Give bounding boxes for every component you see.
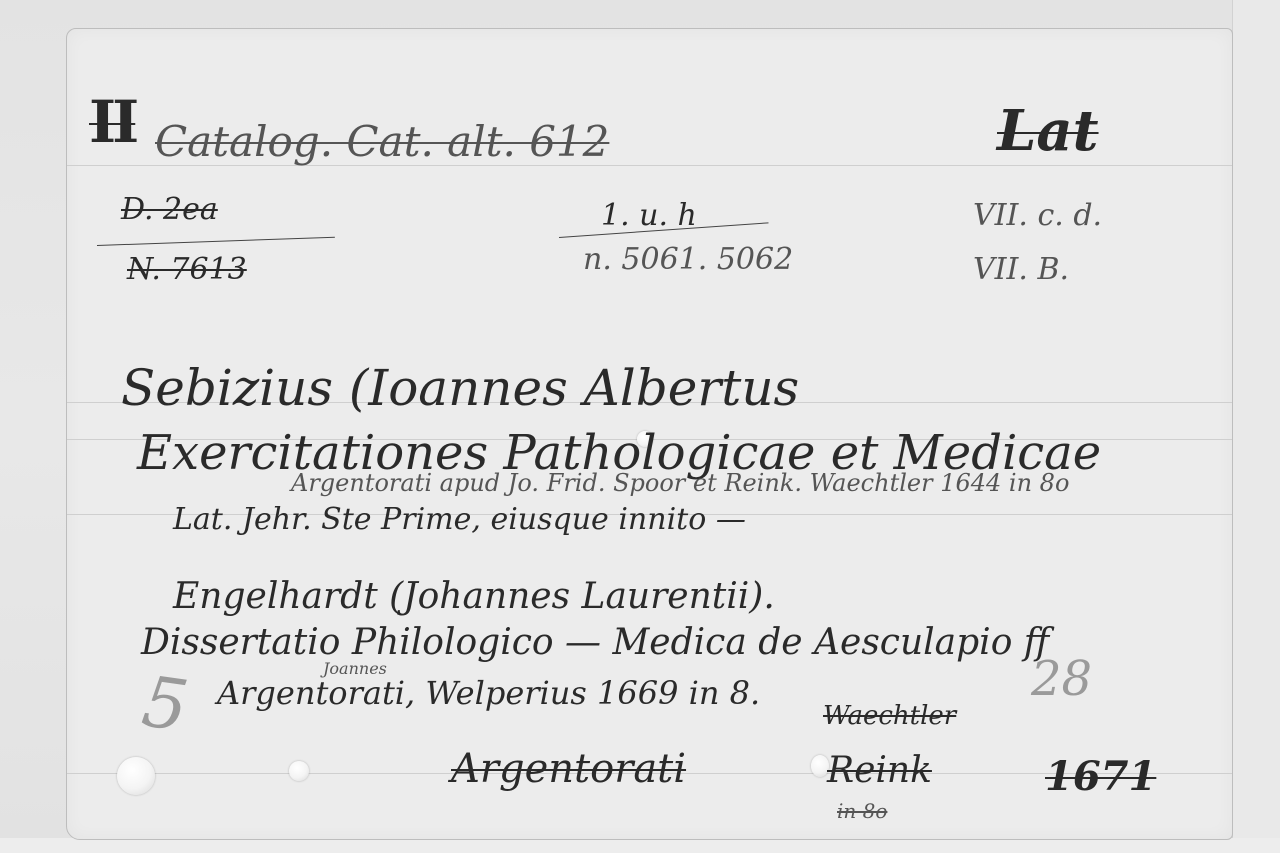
struck-printer-upper: Waechtler bbox=[823, 703, 956, 729]
entry-imprint: Argentorati apud Jo. Frid. Spoor et Rein… bbox=[291, 471, 1069, 495]
background-edge bbox=[1232, 0, 1280, 853]
struck-printer: Reink bbox=[827, 753, 932, 789]
catalogue-card: II Catalog. Cat. alt. 612 D. 2ea N. 7613… bbox=[66, 28, 1233, 840]
shelf-upper: 1. u. h bbox=[601, 201, 697, 231]
entry-title: Dissertatio Philologico — Medica de Aesc… bbox=[141, 625, 1049, 661]
scanned-document: II Catalog. Cat. alt. 612 D. 2ea N. 7613… bbox=[0, 0, 1280, 853]
struck-place: Argentorati bbox=[451, 749, 686, 789]
struck-shelfmark-left: II bbox=[89, 93, 135, 151]
entry-author: Sebizius (Ioannes Albertus bbox=[121, 363, 799, 413]
class-lower: VII. B. bbox=[973, 255, 1069, 285]
struck-top-right: Lat bbox=[997, 103, 1099, 159]
punch-hole-small bbox=[289, 761, 309, 781]
punch-hole bbox=[117, 757, 155, 795]
struck-catalogue-line: Catalog. Cat. alt. 612 bbox=[155, 121, 609, 163]
pencil-mark-left: 5 bbox=[138, 666, 192, 742]
struck-number: N. 7613 bbox=[127, 255, 247, 285]
background-bottom bbox=[0, 838, 1280, 853]
class-upper: VII. c. d. bbox=[973, 201, 1102, 231]
entry-continuation: Lat. Jehr. Ste Prime, eiusque innito — bbox=[173, 505, 746, 535]
entry-author: Engelhardt (Johannes Laurentii). bbox=[173, 579, 775, 615]
struck-number-footer: 1671 bbox=[1045, 757, 1156, 797]
entry-imprint: Argentorati, Welperius 1669 in 8. bbox=[217, 677, 760, 709]
divider-stroke bbox=[97, 237, 335, 246]
struck-location: D. 2ea bbox=[121, 195, 218, 225]
shelf-numbers: n. 5061. 5062 bbox=[583, 245, 793, 275]
struck-format: in 8o bbox=[837, 801, 887, 821]
pencil-number-right: 28 bbox=[1031, 655, 1092, 703]
